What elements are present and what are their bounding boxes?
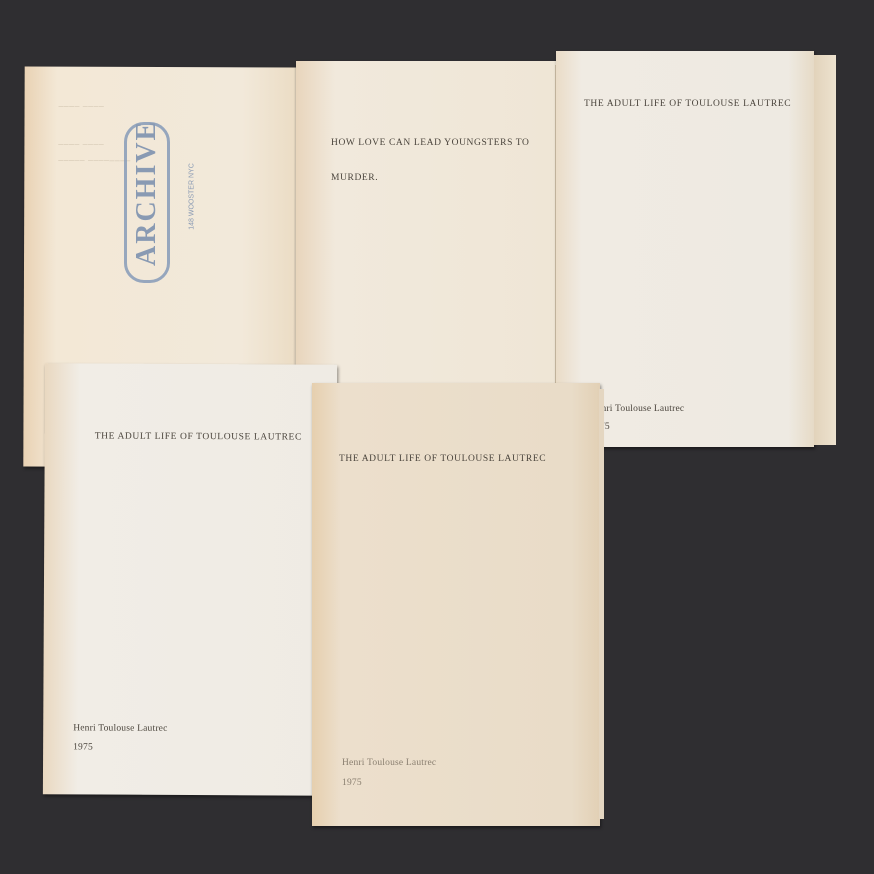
faint-typed-line: ____ ____ [58, 137, 104, 147]
faint-typed-line: _____ ________ [58, 153, 131, 163]
faint-typed-line: ____ ____ [59, 99, 105, 109]
stamp-text: ARCHIVE [131, 136, 163, 266]
page-edges [814, 55, 836, 445]
booklet-title: THE ADULT LIFE OF TOULOUSE LAUTREC [95, 431, 302, 442]
booklet-title: THE ADULT LIFE OF TOULOUSE LAUTREC [584, 99, 791, 109]
archive-stamp: ARCHIVE 148 WOOSTER NYC [124, 122, 170, 283]
stamp-address: 148 WOOSTER NYC [189, 137, 196, 257]
booklet-adult-life-3: THE ADULT LIFE OF TOULOUSE LAUTREC Henri… [312, 383, 600, 826]
booklet-author: Henri Toulouse Lautrec [342, 758, 436, 768]
booklet-title: THE ADULT LIFE OF TOULOUSE LAUTREC [339, 454, 546, 464]
booklet-how-love: HOW LOVE CAN LEAD YOUNGSTERS TO MURDER. [296, 61, 558, 387]
booklet-year: 1975 [73, 742, 93, 752]
booklet-author: Henri Toulouse Lautrec [590, 404, 684, 414]
booklet-adult-life-2: THE ADULT LIFE OF TOULOUSE LAUTREC Henri… [43, 363, 337, 796]
booklet-year: 1975 [342, 778, 362, 788]
booklet-title: HOW LOVE CAN LEAD YOUNGSTERS TO [331, 138, 529, 148]
page-edges [599, 389, 604, 819]
booklet-title-cont: MURDER. [331, 173, 378, 183]
booklet-author: Henri Toulouse Lautrec [73, 723, 167, 733]
